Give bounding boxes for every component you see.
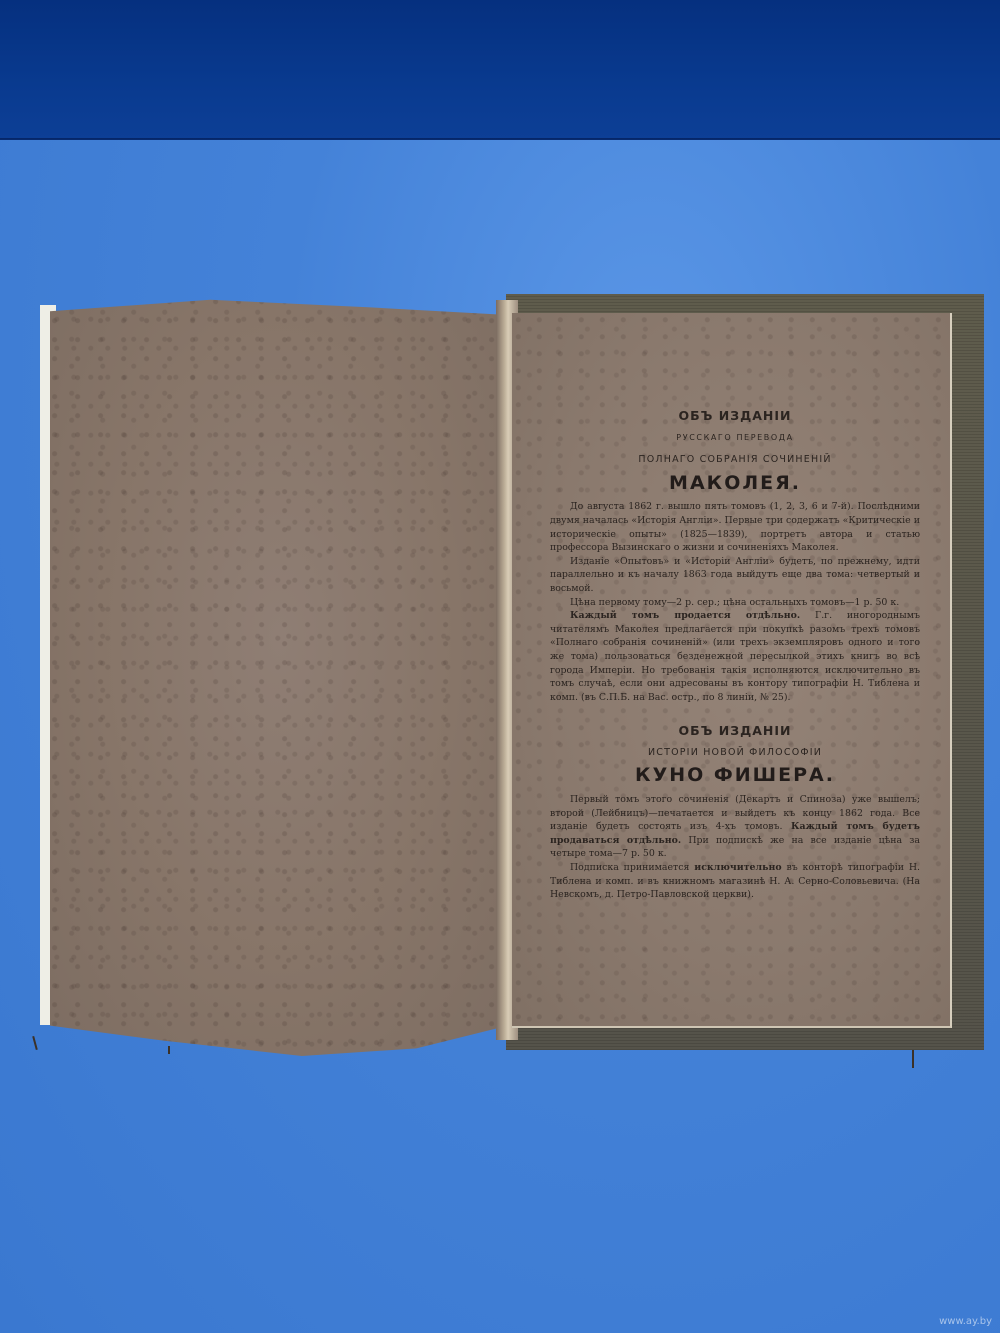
section2-para2-bold: исключительно — [694, 862, 781, 873]
section1-heading: ОБЪ ИЗДАНІИ — [550, 409, 920, 423]
section2-para2-start: Подписка принимается — [570, 862, 689, 873]
advertisement-text: ОБЪ ИЗДАНІИ РУССКАГО ПЕРЕВОДА ПОЛНАГО СО… — [550, 409, 920, 902]
right-endpaper: ОБЪ ИЗДАНІИ РУССКАГО ПЕРЕВОДА ПОЛНАГО СО… — [512, 313, 952, 1028]
section1-title: МАКОЛЕЯ. — [550, 477, 920, 491]
section1-subheading2: ПОЛНАГО СОБРАНІЯ СОЧИНЕНІЙ — [550, 453, 920, 467]
section1-bold-notice: Каждый томъ продается отдѣльно. — [570, 610, 800, 621]
section2-heading: ОБЪ ИЗДАНІИ — [550, 724, 920, 738]
section2-subheading: ИСТОРІИ НОВОЙ ФИЛОСОФІИ — [550, 746, 920, 760]
section2-para2: Подписка принимается исключительно въ ко… — [550, 861, 920, 902]
frayed-thread — [912, 1050, 914, 1068]
section1-notice-rest: Г.г. иногороднымъ читателямъ Маколея пре… — [550, 610, 920, 703]
frayed-thread — [168, 1046, 170, 1054]
section2-para1: Первый томъ этого сочиненія (Декартъ и С… — [550, 793, 920, 861]
section1-notice: Каждый томъ продается отдѣльно. Г.г. ино… — [550, 609, 920, 704]
section1-para1: До августа 1862 г. вышло пять томовъ (1,… — [550, 500, 920, 554]
section1-para2: Изданіе «Опытовъ» и «Исторіи Англіи» буд… — [550, 555, 920, 596]
section2-title: КУНО ФИШЕРА. — [550, 769, 920, 783]
section1-para3: Цѣна первому тому—2 р. сер.; цѣна осталь… — [550, 596, 920, 610]
section1-subheading1: РУССКАГО ПЕРЕВОДА — [550, 431, 920, 445]
left-endpaper — [50, 296, 508, 1056]
dark-blue-backdrop — [0, 0, 1000, 140]
watermark: www.ay.by — [939, 1316, 992, 1327]
